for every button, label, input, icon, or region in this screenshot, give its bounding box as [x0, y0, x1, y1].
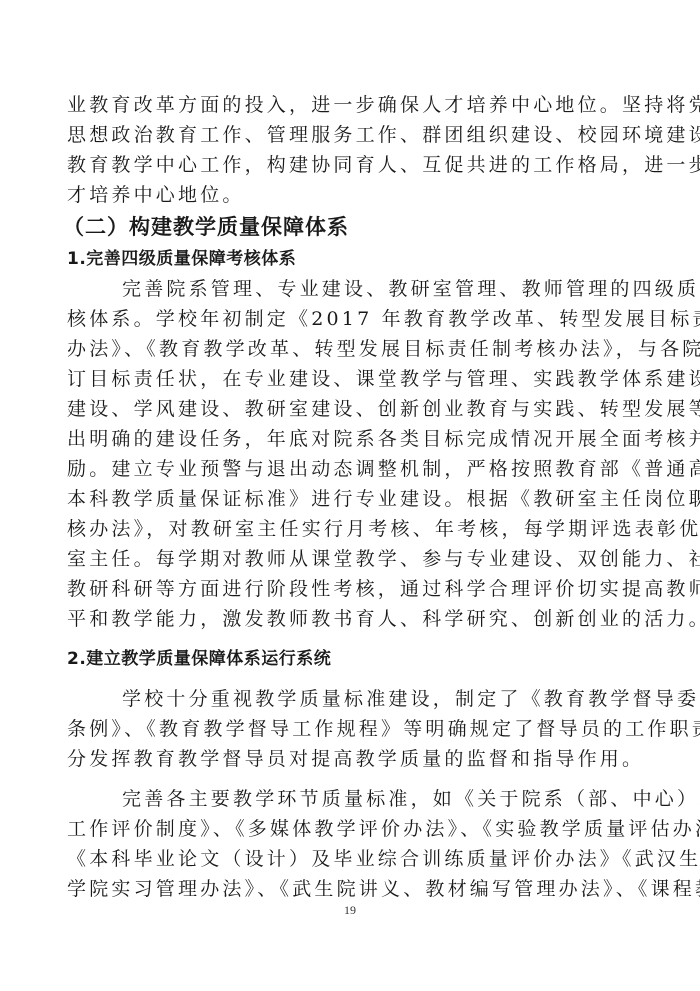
text-line: 业教育改革方面的投入，进一步确保人才培养中心地位。坚持将党建工作、: [67, 90, 637, 120]
text-line: 核办法》，对教研室主任实行月考核、年考核，每学期评选表彰优秀教研: [67, 514, 637, 544]
text-line: 学校十分重视教学质量标准建设，制定了《教育教学督导委员会工作: [67, 684, 637, 714]
paragraph-sub2-2: 完善各主要教学环节质量标准，如《关于院系（部、中心）本科教学 工作评价制度》、《…: [67, 784, 637, 904]
paragraph-sub1: 完善院系管理、专业建设、教研室管理、教师管理的四级质量保障考 核体系。学校年初制…: [67, 274, 637, 634]
text-line: 平和教学能力，激发教师教书育人、科学研究、创新创业的活力。: [67, 604, 637, 634]
section-heading: （二）构建教学质量保障体系: [63, 210, 637, 244]
text-line: 学院实习管理办法》、《武生院讲义、教材编写管理办法》、《课程教学: [67, 874, 637, 904]
text-line: 订目标责任状，在专业建设、课堂教学与管理、实践教学体系建设、教风: [67, 364, 637, 394]
paragraph-intro: 业教育改革方面的投入，进一步确保人才培养中心地位。坚持将党建工作、 思想政治教育…: [67, 90, 637, 210]
text-line: 工作评价制度》、《多媒体教学评价办法》、《实验教学质量评估办法》、: [67, 814, 637, 844]
text-line: 核体系。学校年初制定《2017 年教育教学改革、转型发展目标责任制考核: [67, 304, 637, 334]
spacer: [67, 634, 637, 644]
paragraph-sub2-1: 学校十分重视教学质量标准建设，制定了《教育教学督导委员会工作 条例》、《教育教学…: [67, 684, 637, 774]
text-line: 励。建立专业预警与退出动态调整机制，严格按照教育部《普通高等学校: [67, 454, 637, 484]
text-line: 建设、学风建设、教研室建设、创新创业教育与实践、转型发展等方面提: [67, 394, 637, 424]
spacer: [67, 674, 637, 684]
text-line: 分发挥教育教学督导员对提高教学质量的监督和指导作用。: [67, 744, 637, 774]
text-line: 完善院系管理、专业建设、教研室管理、教师管理的四级质量保障考: [67, 274, 637, 304]
document-page: 业教育改革方面的投入，进一步确保人才培养中心地位。坚持将党建工作、 思想政治教育…: [67, 90, 637, 904]
text-line: 教育教学中心工作，构建协同育人、互促共进的工作格局，进一步巩固人: [67, 150, 637, 180]
text-line: 才培养中心地位。: [67, 180, 637, 210]
text-line: 教研科研等方面进行阶段性考核，通过科学合理评价切实提高教师师德水: [67, 574, 637, 604]
subsection-heading-2: 2.建立教学质量保障体系运行系统: [67, 644, 637, 674]
text-line: 出明确的建设任务，年底对院系各类目标完成情况开展全面考核并进行奖: [67, 424, 637, 454]
text-line: 《本科毕业论文（设计）及毕业综合训练质量评价办法》《武汉生物工程: [67, 844, 637, 874]
text-line: 条例》、《教育教学督导工作规程》等明确规定了督导员的工作职责，充: [67, 714, 637, 744]
text-line: 完善各主要教学环节质量标准，如《关于院系（部、中心）本科教学: [67, 784, 637, 814]
page-number: 19: [0, 903, 700, 918]
text-line: 办法》、《教育教学改革、转型发展目标责任制考核办法》，与各院系签: [67, 334, 637, 364]
spacer: [67, 774, 637, 784]
text-line: 本科教学质量保证标准》进行专业建设。根据《教研室主任岗位职责及考: [67, 484, 637, 514]
subsection-heading-1: 1.完善四级质量保障考核体系: [67, 244, 637, 274]
text-line: 室主任。每学期对教师从课堂教学、参与专业建设、双创能力、社会服务、: [67, 544, 637, 574]
text-line: 思想政治教育工作、管理服务工作、群团组织建设、校园环境建设等融入: [67, 120, 637, 150]
